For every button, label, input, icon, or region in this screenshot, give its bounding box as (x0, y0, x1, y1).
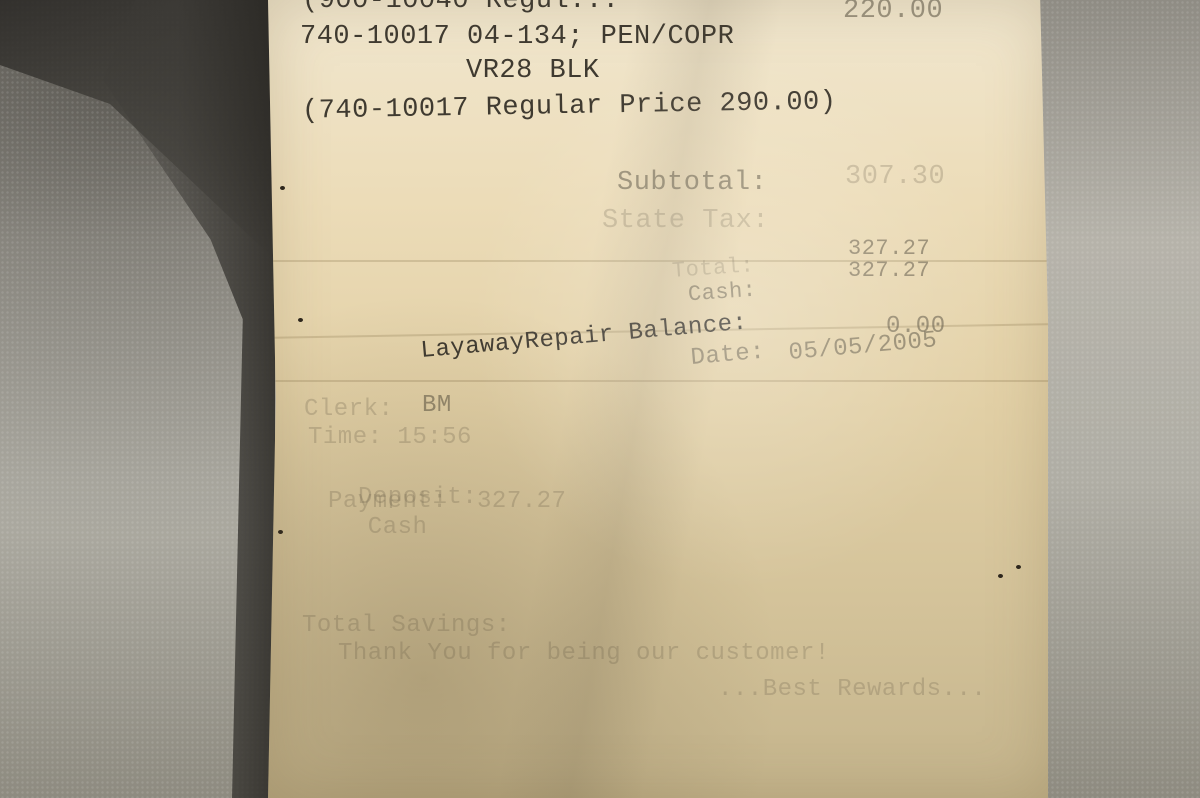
item-price: 220.00 (843, 0, 943, 26)
clerk-label: Clerk: (304, 396, 393, 423)
faded-line: ...Best Rewards... (718, 676, 986, 703)
tax-label: State Tax: (602, 206, 769, 236)
receipt-paper: (900-10040 Regul... 220.00 740-10017 04-… (268, 0, 1048, 798)
item-desc-line2: VR28 BLK (466, 56, 600, 86)
faded-line: Total Savings: (302, 612, 511, 639)
dirt-speck (998, 574, 1003, 578)
cash-label: Cash: (687, 278, 757, 308)
subtotal-label: Subtotal: (617, 168, 767, 198)
paper-crease (268, 380, 1048, 382)
partial-top-line: (900-10040 Regul... (302, 0, 619, 16)
dirt-speck (280, 186, 285, 190)
faded-line: Thank You for being our customer! (338, 640, 830, 667)
faded-line: Time: 15:56 (308, 424, 472, 451)
clerk-value: BM (422, 392, 452, 419)
paper-crease (268, 260, 1048, 262)
dirt-speck (298, 318, 303, 322)
date-label: Date: (690, 339, 767, 372)
dirt-speck (1016, 565, 1021, 569)
item-code-desc: 740-10017 04-134; PEN/COPR (300, 22, 734, 52)
dirt-speck (278, 530, 283, 534)
regular-price-note: (740-10017 Regular Price 290.00) (302, 87, 837, 126)
faded-line: Payment: 327.27 (328, 488, 566, 515)
faded-line: Cash (338, 514, 427, 541)
cash-value: 327.27 (848, 258, 930, 283)
date-value: 05/05/2005 (788, 327, 939, 367)
subtotal-value: 307.30 (845, 162, 945, 192)
